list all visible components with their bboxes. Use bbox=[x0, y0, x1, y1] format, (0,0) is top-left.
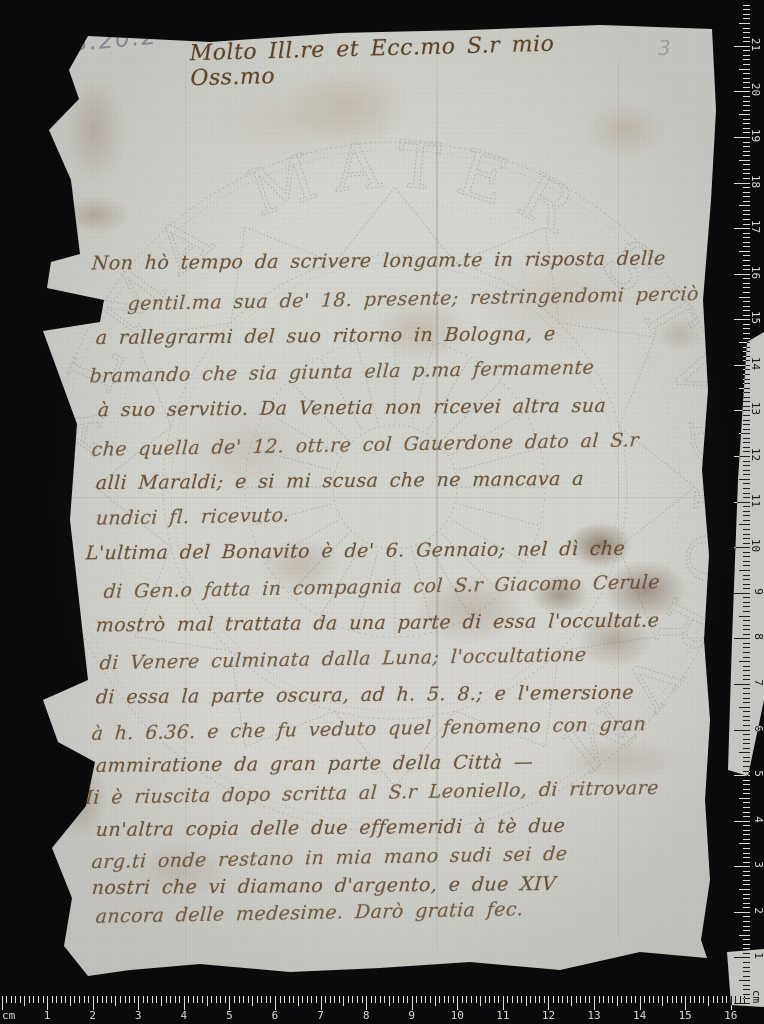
ruler-tick bbox=[603, 996, 604, 1003]
ruler-tick bbox=[375, 996, 376, 1003]
ruler-tick bbox=[743, 155, 750, 156]
ruler-tick bbox=[743, 907, 750, 908]
ruler-tick bbox=[416, 996, 417, 1003]
manuscript-line: un'altra copia delle due effemeridi à tè… bbox=[95, 815, 566, 841]
ruler-tick bbox=[743, 78, 750, 79]
ruler-tick bbox=[713, 996, 714, 1003]
ruler-tick bbox=[739, 843, 750, 844]
ruler-tick bbox=[166, 996, 167, 1003]
ruler-number: 3 bbox=[135, 1009, 142, 1022]
ruler-tick bbox=[743, 898, 750, 899]
ruler-tick bbox=[6, 996, 7, 1003]
ruler-tick bbox=[743, 720, 750, 721]
ruler-tick bbox=[743, 953, 750, 954]
ruler-tick bbox=[612, 996, 613, 1003]
ruler-tick bbox=[134, 996, 135, 1003]
ruler-tick bbox=[494, 996, 495, 1003]
ruler-tick bbox=[739, 570, 750, 571]
ruler-tick bbox=[88, 996, 89, 1003]
ruler-tick bbox=[743, 333, 750, 334]
ruler-tick bbox=[743, 784, 750, 785]
ruler-tick bbox=[352, 996, 353, 1003]
ruler-tick bbox=[743, 579, 750, 580]
ruler-tick bbox=[631, 996, 632, 1003]
ruler-tick bbox=[380, 996, 381, 1003]
ruler-tick bbox=[243, 996, 244, 1003]
ruler-tick bbox=[339, 996, 340, 1003]
ruler-tick bbox=[743, 652, 750, 653]
ruler-tick bbox=[743, 5, 750, 6]
ruler-tick bbox=[739, 69, 750, 70]
ruler-tick bbox=[640, 996, 641, 1010]
ruler-tick bbox=[734, 365, 750, 366]
ruler-tick bbox=[734, 638, 750, 639]
ruler-number: 13 bbox=[587, 1009, 600, 1022]
ruler-tick bbox=[743, 971, 750, 972]
ruler-tick bbox=[457, 996, 458, 1010]
ruler-tick bbox=[47, 996, 48, 1010]
ruler-tick bbox=[398, 996, 399, 1003]
ruler-tick bbox=[743, 438, 750, 439]
ruler-tick bbox=[743, 757, 750, 758]
ruler-tick bbox=[261, 996, 262, 1003]
ruler-tick bbox=[544, 996, 545, 1003]
ruler-tick bbox=[74, 996, 75, 1003]
ruler-tick bbox=[734, 593, 750, 594]
ruler-tick bbox=[20, 996, 21, 1003]
ruler-tick bbox=[734, 183, 750, 184]
ruler-tick bbox=[535, 996, 536, 1003]
ruler-tick bbox=[734, 684, 750, 685]
ruler-tick bbox=[571, 996, 572, 1006]
ruler-tick bbox=[403, 996, 404, 1003]
ruler-number: 10 bbox=[451, 1009, 464, 1022]
manuscript-line: ammiratione da gran parte della Città — bbox=[95, 751, 534, 777]
ruler-tick bbox=[462, 996, 463, 1003]
ruler-tick bbox=[743, 351, 750, 352]
ruler-number: 21 bbox=[749, 38, 762, 51]
ruler-tick bbox=[453, 996, 454, 1003]
ruler-tick bbox=[393, 996, 394, 1003]
ruler-tick bbox=[489, 996, 490, 1003]
ruler-tick bbox=[743, 237, 750, 238]
ruler-tick bbox=[93, 996, 94, 1010]
ruler-tick bbox=[743, 465, 750, 466]
ruler-tick bbox=[734, 775, 750, 776]
ruler-tick bbox=[617, 996, 618, 1006]
manuscript-line: nostri che vi diamano d'argento, e due X… bbox=[91, 873, 557, 899]
ruler-tick bbox=[330, 996, 331, 1003]
ruler-tick bbox=[743, 283, 750, 284]
ruler-tick bbox=[743, 287, 750, 288]
ruler-tick bbox=[743, 670, 750, 671]
ruler-tick bbox=[257, 996, 258, 1003]
ruler-tick bbox=[476, 996, 477, 1003]
ruler-tick bbox=[316, 996, 317, 1003]
ruler-tick bbox=[407, 996, 408, 1003]
ruler-tick bbox=[743, 834, 750, 835]
ruler-tick bbox=[435, 996, 436, 1006]
ruler-tick bbox=[138, 996, 139, 1010]
ruler-number: 6 bbox=[272, 1009, 279, 1022]
ruler-tick bbox=[743, 634, 750, 635]
ruler-tick bbox=[743, 347, 750, 348]
ruler-number: 20 bbox=[749, 83, 762, 96]
ruler-tick bbox=[743, 948, 750, 949]
ruler-tick bbox=[743, 483, 750, 484]
ruler-tick bbox=[743, 597, 750, 598]
ruler-tick bbox=[743, 119, 750, 120]
ruler-tick bbox=[743, 442, 750, 443]
ruler-number: 1 bbox=[752, 953, 764, 960]
ruler-tick bbox=[102, 996, 103, 1003]
ruler-tick bbox=[739, 114, 750, 115]
ruler-tick bbox=[743, 470, 750, 471]
ruler-tick bbox=[739, 433, 750, 434]
ruler-tick bbox=[11, 996, 12, 1003]
ruler-tick bbox=[743, 998, 750, 999]
manuscript-paper: ALMA MATER STVDIORVM 38.20.2 Molto Ill.r… bbox=[0, 0, 764, 1024]
ruler-tick bbox=[521, 996, 522, 1003]
ruler-number: 10 bbox=[749, 539, 762, 552]
ruler-tick bbox=[743, 716, 750, 717]
ruler-tick bbox=[743, 625, 750, 626]
ruler-tick bbox=[743, 415, 750, 416]
ruler-tick bbox=[690, 996, 691, 1003]
ruler-number: 5 bbox=[752, 770, 764, 777]
ruler-tick bbox=[743, 903, 750, 904]
ruler-tick bbox=[734, 410, 750, 411]
ruler-number: 11 bbox=[496, 1009, 509, 1022]
ruler-tick bbox=[743, 565, 750, 566]
ruler-tick bbox=[343, 996, 344, 1006]
ruler-tick bbox=[743, 201, 750, 202]
ruler-tick bbox=[553, 996, 554, 1003]
ruler-tick bbox=[184, 996, 185, 1010]
ruler-number: 14 bbox=[633, 1009, 646, 1022]
ruler-tick bbox=[466, 996, 467, 1003]
ruler-tick bbox=[485, 996, 486, 1003]
ruler-tick bbox=[743, 875, 750, 876]
ruler-tick bbox=[734, 46, 750, 47]
ruler-number: 9 bbox=[752, 588, 764, 595]
ruler-tick bbox=[743, 985, 750, 986]
ruler-number: 15 bbox=[749, 311, 762, 324]
ruler-tick bbox=[743, 306, 750, 307]
bottom-ruler: 12345678910111213141516cm bbox=[0, 996, 764, 1024]
ruler-tick bbox=[743, 789, 750, 790]
ruler-tick bbox=[29, 996, 30, 1003]
ruler-tick bbox=[743, 666, 750, 667]
manuscript-line: a rallegrarmi del suo ritorno in Bologna… bbox=[95, 323, 556, 349]
ruler-number: 8 bbox=[752, 634, 764, 641]
ruler-tick bbox=[65, 996, 66, 1003]
ruler-tick bbox=[743, 711, 750, 712]
ruler-tick bbox=[739, 752, 750, 753]
ruler-tick bbox=[739, 935, 750, 936]
ruler-tick bbox=[649, 996, 650, 1003]
ruler-tick bbox=[589, 996, 590, 1003]
ruler-tick bbox=[207, 996, 208, 1006]
ruler-tick bbox=[734, 91, 750, 92]
ruler-number: 7 bbox=[752, 679, 764, 686]
ruler-tick bbox=[743, 123, 750, 124]
ruler-tick bbox=[743, 301, 750, 302]
ruler-tick bbox=[743, 169, 750, 170]
ruler-tick bbox=[599, 996, 600, 1003]
ruler-tick bbox=[266, 996, 267, 1003]
ruler-number: 2 bbox=[89, 1009, 96, 1022]
ruler-tick bbox=[743, 338, 750, 339]
ruler-tick bbox=[743, 780, 750, 781]
ruler-tick bbox=[743, 643, 750, 644]
ruler-tick bbox=[188, 996, 189, 1003]
ruler-tick bbox=[170, 996, 171, 1003]
ruler-tick bbox=[743, 675, 750, 676]
ruler-tick bbox=[743, 930, 750, 931]
ruler-tick bbox=[284, 996, 285, 1003]
ruler-tick bbox=[498, 996, 499, 1003]
ruler-tick bbox=[503, 996, 504, 1010]
ruler-tick bbox=[743, 28, 750, 29]
ruler-tick bbox=[106, 996, 107, 1003]
ruler-tick bbox=[412, 996, 413, 1010]
manuscript-line: undici fl. ricevuto. bbox=[95, 504, 290, 529]
ruler-tick bbox=[129, 996, 130, 1003]
ruler-tick bbox=[743, 816, 750, 817]
ruler-tick bbox=[558, 996, 559, 1003]
ruler-tick bbox=[743, 374, 750, 375]
ruler-tick bbox=[739, 980, 750, 981]
ruler-tick bbox=[448, 996, 449, 1003]
ruler-tick bbox=[743, 32, 750, 33]
ruler-tick bbox=[539, 996, 540, 1003]
ruler-tick bbox=[739, 251, 750, 252]
ruler-tick bbox=[97, 996, 98, 1003]
ruler-tick bbox=[743, 962, 750, 963]
ruler-tick bbox=[743, 734, 750, 735]
ruler-tick bbox=[743, 534, 750, 535]
ruler-tick bbox=[576, 996, 577, 1003]
ruler-tick bbox=[743, 164, 750, 165]
ruler-tick bbox=[175, 996, 176, 1003]
ruler-tick bbox=[743, 761, 750, 762]
ruler-tick bbox=[143, 996, 144, 1003]
ruler-tick bbox=[739, 889, 750, 890]
ruler-tick bbox=[311, 996, 312, 1003]
ruler-tick bbox=[743, 511, 750, 512]
ruler-tick bbox=[734, 502, 750, 503]
ruler-tick bbox=[743, 857, 750, 858]
ruler-tick bbox=[734, 912, 750, 913]
ruler-tick bbox=[270, 996, 271, 1003]
ruler-tick bbox=[743, 739, 750, 740]
ruler-tick bbox=[743, 397, 750, 398]
ruler-number: 9 bbox=[408, 1009, 415, 1022]
ruler-tick bbox=[743, 766, 750, 767]
ruler-tick bbox=[70, 996, 71, 1006]
ruler-tick bbox=[739, 342, 750, 343]
ruler-tick bbox=[743, 105, 750, 106]
ruler-tick bbox=[694, 996, 695, 1003]
ruler-tick bbox=[743, 383, 750, 384]
ruler-tick bbox=[621, 996, 622, 1003]
ruler-tick bbox=[743, 611, 750, 612]
ruler-tick bbox=[125, 996, 126, 1003]
ruler-tick bbox=[635, 996, 636, 1003]
ruler-tick bbox=[61, 996, 62, 1003]
ruler-tick bbox=[743, 702, 750, 703]
ruler-tick bbox=[743, 812, 750, 813]
ruler-tick bbox=[216, 996, 217, 1003]
ruler-tick bbox=[734, 957, 750, 958]
ruler-tick bbox=[743, 871, 750, 872]
ruler-tick bbox=[362, 996, 363, 1003]
ruler-tick bbox=[84, 996, 85, 1003]
ruler-tick bbox=[743, 916, 750, 917]
ruler-tick bbox=[275, 996, 276, 1010]
ruler-tick bbox=[662, 996, 663, 1006]
ruler-number: 4 bbox=[181, 1009, 188, 1022]
ruler-tick bbox=[743, 825, 750, 826]
ruler-tick bbox=[425, 996, 426, 1003]
ruler-tick bbox=[739, 707, 750, 708]
ruler-tick bbox=[734, 319, 750, 320]
ruler-number: 7 bbox=[317, 1009, 324, 1022]
ruler-number: 1 bbox=[44, 1009, 51, 1022]
ruler-tick bbox=[681, 996, 682, 1003]
ruler-tick bbox=[743, 18, 750, 19]
ruler-tick bbox=[229, 996, 230, 1010]
ruler-tick bbox=[743, 939, 750, 940]
ruler-tick bbox=[439, 996, 440, 1003]
ruler-tick bbox=[739, 524, 750, 525]
ruler-tick bbox=[734, 547, 750, 548]
ruler-tick bbox=[743, 679, 750, 680]
ruler-tick bbox=[743, 515, 750, 516]
ruler-tick bbox=[512, 996, 513, 1003]
ruler-tick bbox=[743, 424, 750, 425]
ruler-tick bbox=[471, 996, 472, 1003]
ruler-tick bbox=[430, 996, 431, 1003]
ruler-tick bbox=[517, 996, 518, 1003]
page-number-annotation: 3 bbox=[658, 36, 671, 60]
ruler-tick bbox=[594, 996, 595, 1010]
ruler-tick bbox=[156, 996, 157, 1003]
ruler-tick bbox=[743, 748, 750, 749]
ruler-tick bbox=[699, 996, 700, 1003]
ruler-tick bbox=[585, 996, 586, 1003]
ruler-tick bbox=[743, 862, 750, 863]
ruler-tick bbox=[743, 379, 750, 380]
ruler-tick bbox=[357, 996, 358, 1003]
ruler-tick bbox=[56, 996, 57, 1003]
ruler-tick bbox=[672, 996, 673, 1003]
ruler-tick bbox=[739, 661, 750, 662]
ruler-tick bbox=[302, 996, 303, 1003]
ruler-tick bbox=[152, 996, 153, 1003]
ruler-tick bbox=[743, 584, 750, 585]
ruler-tick bbox=[743, 73, 750, 74]
ruler-tick bbox=[743, 101, 750, 102]
ruler-tick bbox=[743, 802, 750, 803]
ruler-tick bbox=[2, 996, 3, 1010]
ruler-tick bbox=[743, 848, 750, 849]
ruler-tick bbox=[289, 996, 290, 1003]
ruler-number: 19 bbox=[749, 129, 762, 142]
ruler-tick bbox=[743, 602, 750, 603]
ruler-tick bbox=[743, 255, 750, 256]
ruler-number: 16 bbox=[749, 266, 762, 279]
ruler-tick bbox=[202, 996, 203, 1003]
ruler-tick bbox=[743, 110, 750, 111]
ruler-tick bbox=[743, 575, 750, 576]
ruler-tick bbox=[743, 392, 750, 393]
ruler-tick bbox=[371, 996, 372, 1003]
ruler-unit-label: cm bbox=[750, 990, 763, 1003]
ruler-tick bbox=[743, 944, 750, 945]
ruler-tick bbox=[608, 996, 609, 1003]
manuscript-line: di essa la parte oscura, ad h. 5. 8.; e … bbox=[95, 682, 634, 709]
ruler-tick bbox=[24, 996, 25, 1006]
ruler-tick bbox=[743, 743, 750, 744]
ruler-tick bbox=[739, 616, 750, 617]
ruler-tick bbox=[252, 996, 253, 1006]
ruler-tick bbox=[722, 996, 723, 1003]
ruler-tick bbox=[743, 989, 750, 990]
ruler-tick bbox=[248, 996, 249, 1003]
ruler-tick bbox=[743, 807, 750, 808]
ruler-tick bbox=[220, 996, 221, 1003]
ruler-tick bbox=[743, 151, 750, 152]
ruler-tick bbox=[15, 996, 16, 1003]
ruler-tick bbox=[743, 657, 750, 658]
ruler-tick bbox=[384, 996, 385, 1003]
ruler-tick bbox=[685, 996, 686, 1010]
ruler-tick bbox=[626, 996, 627, 1003]
ruler-tick bbox=[743, 830, 750, 831]
ruler-tick bbox=[197, 996, 198, 1003]
ruler-tick bbox=[734, 228, 750, 229]
ruler-tick bbox=[111, 996, 112, 1003]
ruler-tick bbox=[717, 996, 718, 1003]
ruler-number: 5 bbox=[226, 1009, 233, 1022]
ruler-tick bbox=[526, 996, 527, 1006]
ruler-tick bbox=[743, 698, 750, 699]
ruler-tick bbox=[743, 64, 750, 65]
ruler-tick bbox=[743, 192, 750, 193]
ruler-number: 13 bbox=[749, 402, 762, 415]
manuscript-line: alli Maraldi; e si mi scusa che ne manca… bbox=[95, 468, 584, 494]
ruler-tick bbox=[739, 297, 750, 298]
ruler-number: 12 bbox=[542, 1009, 555, 1022]
ruler-tick bbox=[743, 793, 750, 794]
ruler-tick bbox=[321, 996, 322, 1010]
ruler-number: 6 bbox=[752, 725, 764, 732]
ruler-tick bbox=[115, 996, 116, 1006]
ruler-tick bbox=[734, 274, 750, 275]
ruler-tick bbox=[708, 996, 709, 1006]
ruler-tick bbox=[239, 996, 240, 1003]
ruler-tick bbox=[739, 205, 750, 206]
ruler-tick bbox=[743, 520, 750, 521]
ruler-tick bbox=[743, 839, 750, 840]
ruler-tick bbox=[743, 688, 750, 689]
right-ruler: 123456789101112131415161718192021cm bbox=[728, 0, 764, 1012]
ruler-tick bbox=[580, 996, 581, 1003]
ruler-tick bbox=[739, 23, 750, 24]
ruler-tick bbox=[743, 926, 750, 927]
